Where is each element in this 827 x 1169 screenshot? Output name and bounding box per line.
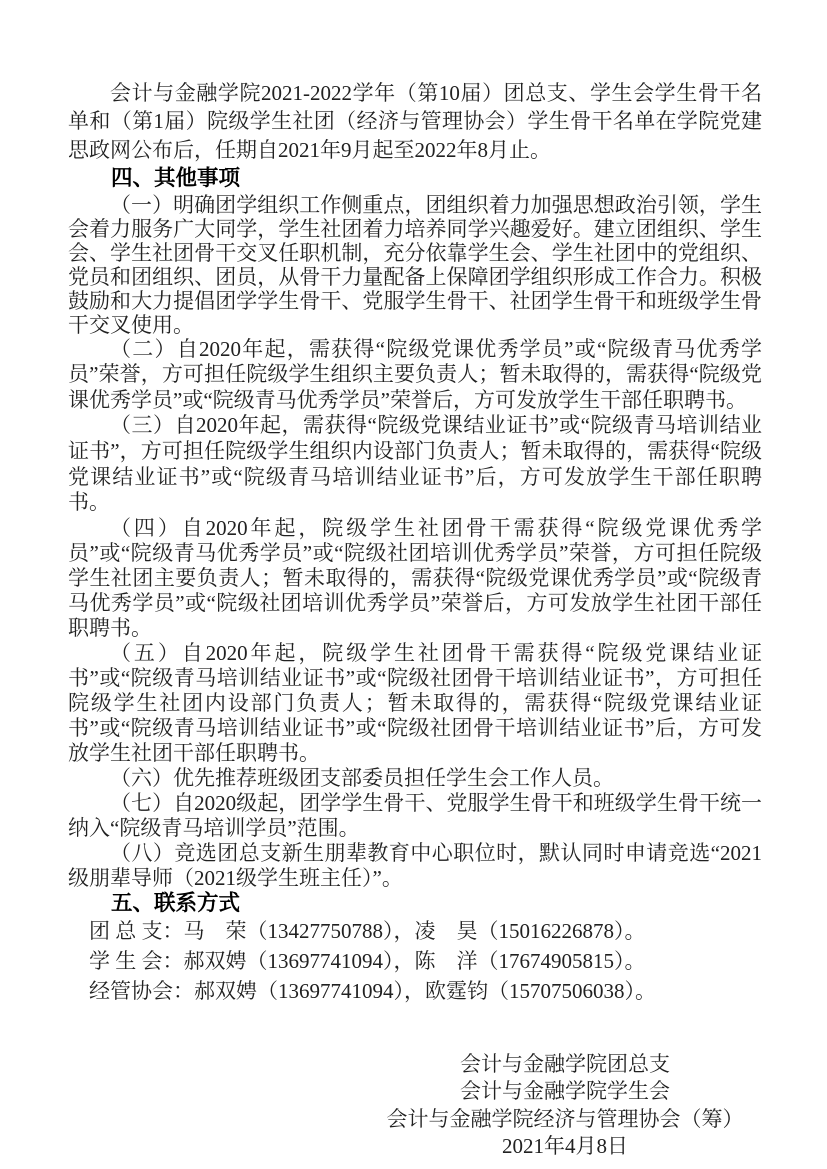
signature-date: 2021年4月8日	[370, 1133, 760, 1161]
signature-org-line-2: 会计与金融学院学生会	[370, 1078, 760, 1106]
section-4-item-7: （七）自2020级起，团学学生骨干、党服学生骨干和班级学生骨干统一纳入“院级青马…	[68, 791, 762, 841]
section-4-item-6: （六）优先推荐班级团支部委员担任学生会工作人员。	[68, 766, 762, 791]
section-4-item-5: （五）自2020年起，院级学生社团骨干需获得“院级党课结业证书”或“院级青马培训…	[68, 641, 762, 766]
signature-org-line-1: 会计与金融学院团总支	[370, 1051, 760, 1079]
section-5-heading: 五、联系方式	[68, 891, 762, 916]
document-page: 会计与金融学院2021-2022学年（第10届）团总支、学生会学生骨干名单和（第…	[0, 0, 827, 1169]
section-4-heading: 四、其他事项	[68, 164, 762, 192]
signature-block: 会计与金融学院团总支 会计与金融学院学生会 会计与金融学院经济与管理协会（筹） …	[370, 1051, 760, 1161]
signature-org-line-3: 会计与金融学院经济与管理协会（筹）	[370, 1106, 760, 1134]
section-4-item-1: （一）明确团学组织工作侧重点，团组织着力加强思想政治引领，学生会着力服务广大同学…	[68, 193, 762, 337]
contact-line-league-committee: 团 总 支：马 荣（13427750788），凌 昊（15016226878）。	[68, 916, 762, 946]
intro-paragraph: 会计与金融学院2021-2022学年（第10届）团总支、学生会学生骨干名单和（第…	[68, 79, 762, 164]
section-4-item-4: （四）自2020年起，院级学生社团骨干需获得“院级党课优秀学员”或“院级青马优秀…	[68, 516, 762, 641]
section-4-item-2: （二）自2020年起，需获得“院级党课优秀学员”或“院级青马优秀学员”荣誉，方可…	[68, 337, 762, 414]
contact-line-student-union: 学 生 会：郝双娉（13697741094），陈 洋（17674905815）。	[68, 946, 762, 976]
section-4-item-3: （三）自2020年起，需获得“院级党课结业证书”或“院级青马培训结业证书”，方可…	[68, 413, 762, 515]
section-4-item-8: （八）竞选团总支新生朋辈教育中心职位时，默认同时申请竞选“2021级朋辈导师（2…	[68, 841, 762, 891]
contact-line-econ-mgmt-assoc: 经管协会：郝双娉（13697741094），欧霆钧（15707506038）。	[68, 976, 762, 1006]
document-body: 会计与金融学院2021-2022学年（第10届）团总支、学生会学生骨干名单和（第…	[68, 79, 762, 1161]
